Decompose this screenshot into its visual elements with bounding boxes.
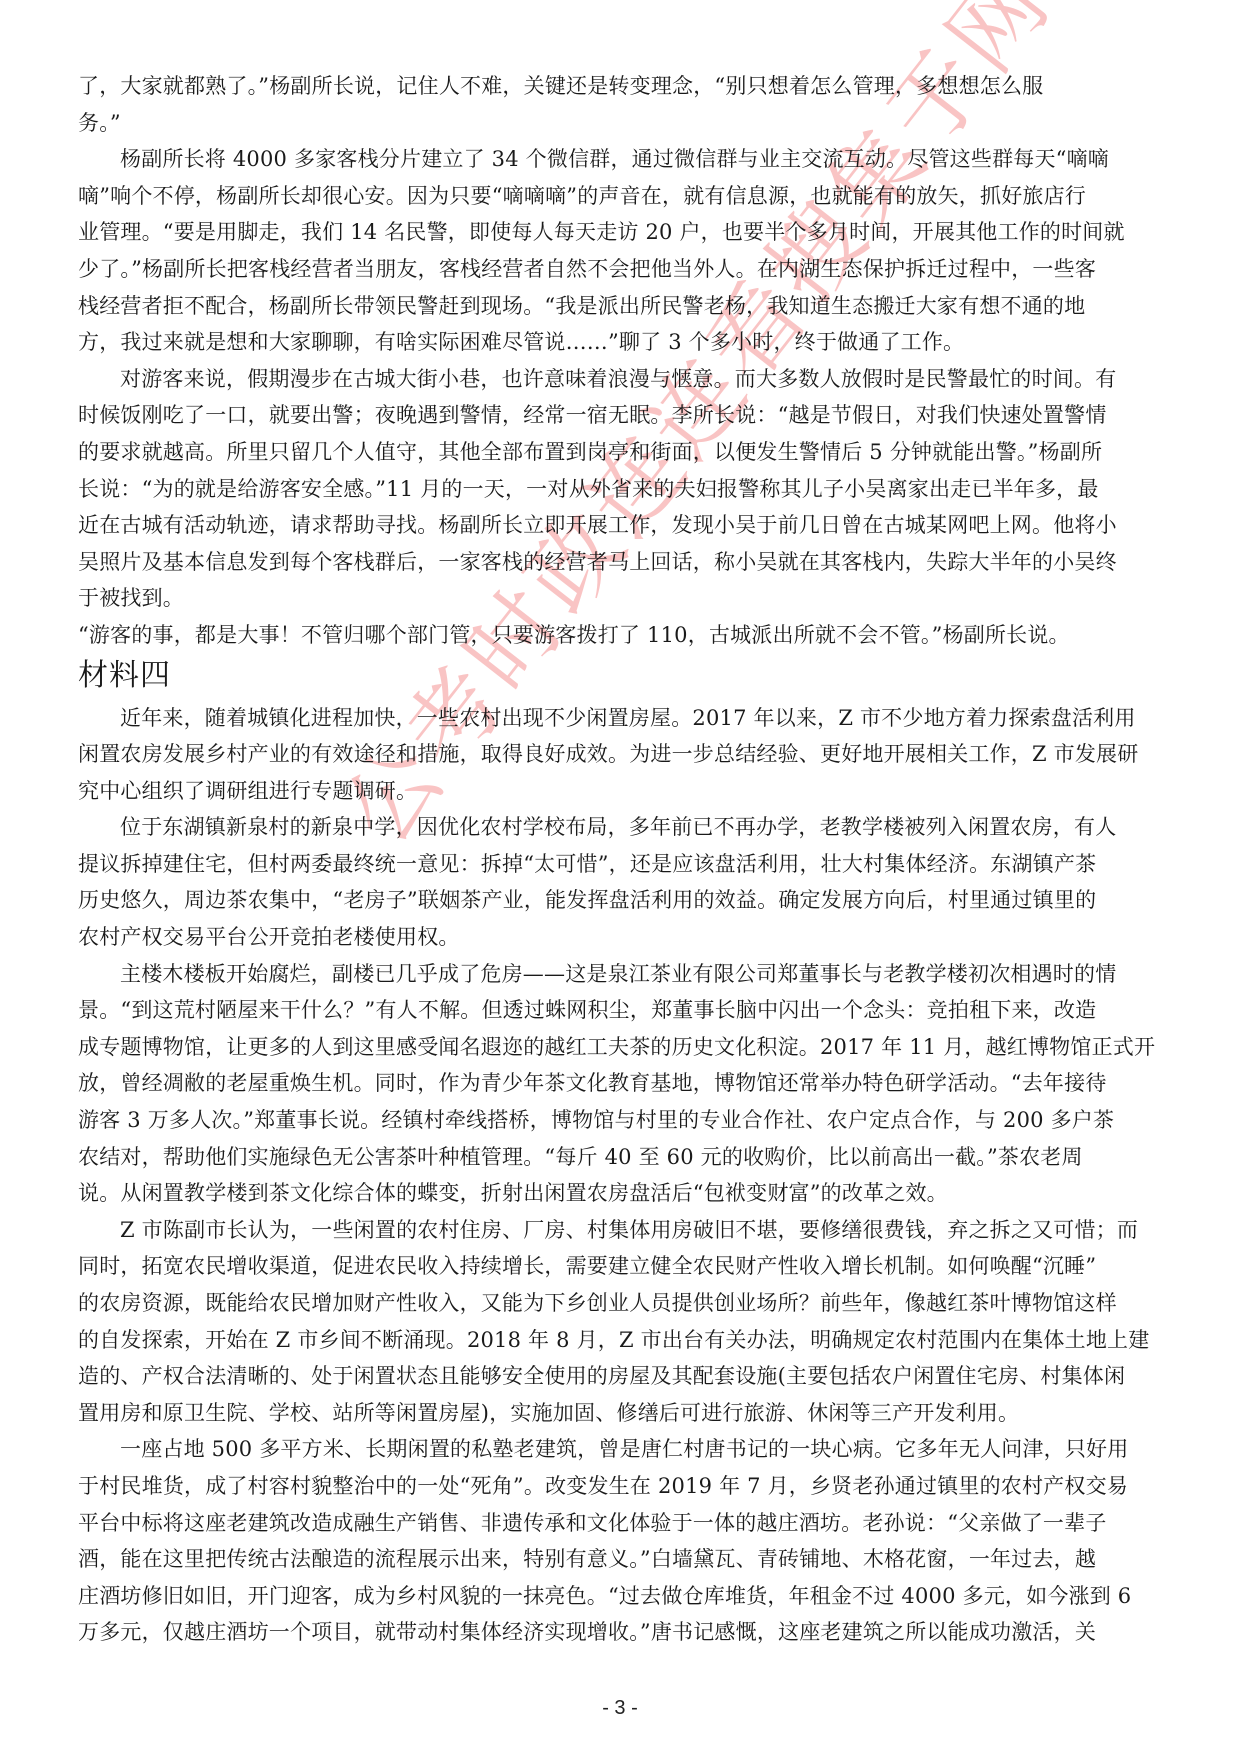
text-line: 提议拆掉建住宅，但村两委最终统一意见：拆掉“太可惜”，还是应该盘活利用，壮大村集…: [78, 846, 1168, 883]
text-line: 究中心组织了调研组进行专题调研。: [78, 773, 1168, 810]
material-three-continued: 了，大家就都熟了。”杨副所长说，记住人不难，关键还是转变理念，“别只想着怎么管理…: [78, 68, 1168, 654]
text-line: 游客 3 万多人次。”郑董事长说。经镇村牵线搭桥，博物馆与村里的专业合作社、农户…: [78, 1102, 1168, 1139]
text-line: 农结对，帮助他们实施绿色无公害茶叶种植管理。“每斤 40 至 60 元的收购价，…: [78, 1139, 1168, 1176]
text-line: 同时，拓宽农民增收渠道，促进农民收入持续增长，需要建立健全农民财产性收入增长机制…: [78, 1248, 1168, 1285]
text-line: 的农房资源，既能给农民增加财产性收入，又能为下乡创业人员提供创业场所？前些年，像…: [78, 1285, 1168, 1322]
text-line: 历史悠久，周边茶农集中，“老房子”联姻茶产业，能发挥盘活利用的效益。确定发展方向…: [78, 882, 1168, 919]
text-line: 少了。”杨副所长把客栈经营者当朋友，客栈经营者自然不会把他当外人。在内湖生态保护…: [78, 251, 1168, 288]
text-line: 造的、产权合法清晰的、处于闲置状态且能够安全使用的房屋及其配套设施(主要包括农户…: [78, 1358, 1168, 1395]
text-line: 成专题博物馆，让更多的人到这里感受闻名遐迩的越红工夫茶的历史文化积淀。2017 …: [78, 1029, 1168, 1066]
text-line: 时候饭刚吃了一口，就要出警；夜晚遇到警情，经常一宿无眠。李所长说：“越是节假日，…: [78, 397, 1168, 434]
text-line: 放，曾经凋敝的老屋重焕生机。同时，作为青少年茶文化教育基地，博物馆还常举办特色研…: [78, 1065, 1168, 1102]
document-body: 了，大家就都熟了。”杨副所长说，记住人不难，关键还是转变理念，“别只想着怎么管理…: [78, 68, 1168, 1651]
text-line: 方，我过来就是想和大家聊聊，有啥实际困难尽管说……”聊了 3 个多小时，终于做通…: [78, 324, 1168, 361]
text-line: 务。”: [78, 105, 1168, 142]
text-line: 了，大家就都熟了。”杨副所长说，记住人不难，关键还是转变理念，“别只想着怎么管理…: [78, 68, 1168, 105]
text-line: 业管理。“要是用脚走，我们 14 名民警，即使每人每天走访 20 户，也要半个多…: [78, 214, 1168, 251]
text-line: 长说：“为的就是给游客安全感。”11 月的一天，一对从外省来的夫妇报警称其儿子小…: [78, 471, 1168, 508]
text-line: 栈经营者拒不配合，杨副所长带领民警赶到现场。“我是派出所民警老杨，我知道生态搬迁…: [78, 288, 1168, 325]
document-page: 公考时政连连看搜集于网络 了，大家就都熟了。”杨副所长说，记住人不难，关键还是转…: [0, 0, 1240, 1754]
text-line: 吴照片及基本信息发到每个客栈群后，一家客栈的经营者马上回话，称小吴就在其客栈内，…: [78, 544, 1168, 581]
text-line: 一座占地 500 多平方米、长期闲置的私塾老建筑，曾是唐仁村唐书记的一块心病。它…: [78, 1431, 1168, 1468]
text-line: 闲置农房发展乡村产业的有效途径和措施，取得良好成效。为进一步总结经验、更好地开展…: [78, 736, 1168, 773]
text-line: 说。从闲置教学楼到茶文化综合体的蝶变，折射出闲置农房盘活后“包袱变财富”的改革之…: [78, 1175, 1168, 1212]
text-line: 近年来，随着城镇化进程加快，一些农村出现不少闲置房屋。2017 年以来，Z 市不…: [78, 700, 1168, 737]
text-line: 杨副所长将 4000 多家客栈分片建立了 34 个微信群，通过微信群与业主交流互…: [78, 141, 1168, 178]
text-line: 于村民堆货，成了村容村貌整治中的一处“死角”。改变发生在 2019 年 7 月，…: [78, 1468, 1168, 1505]
text-line: 对游客来说，假期漫步在古城大街小巷，也许意味着浪漫与惬意。而大多数人放假时是民警…: [78, 361, 1168, 398]
section-heading: 材料四: [78, 654, 1168, 698]
text-line: Z 市陈副市长认为，一些闲置的农村住房、厂房、村集体用房破旧不堪，要修缮很费钱，…: [78, 1212, 1168, 1249]
text-line: 于被找到。: [78, 580, 1168, 617]
text-line: “游客的事，都是大事！不管归哪个部门管，只要游客拨打了 110，古城派出所就不会…: [78, 617, 1168, 654]
page-number: - 3 -: [0, 1697, 1240, 1720]
text-line: 万多元，仅越庄酒坊一个项目，就带动村集体经济实现增收。”唐书记感慨，这座老建筑之…: [78, 1614, 1168, 1651]
text-line: 嘀”响个不停，杨副所长却很心安。因为只要“嘀嘀嘀”的声音在，就有信息源，也就能有…: [78, 178, 1168, 215]
text-line: 庄酒坊修旧如旧，开门迎客，成为乡村风貌的一抹亮色。“过去做仓库堆货，年租金不过 …: [78, 1578, 1168, 1615]
text-line: 平台中标将这座老建筑改造成融生产销售、非遗传承和文化体验于一体的越庄酒坊。老孙说…: [78, 1505, 1168, 1542]
text-line: 的自发探索，开始在 Z 市乡间不断涌现。2018 年 8 月，Z 市出台有关办法…: [78, 1322, 1168, 1359]
text-line: 景。“到这荒村陋屋来干什么？”有人不解。但透过蛛网积尘，郑董事长脑中闪出一个念头…: [78, 992, 1168, 1029]
text-line: 农村产权交易平台公开竞拍老楼使用权。: [78, 919, 1168, 956]
text-line: 近在古城有活动轨迹，请求帮助寻找。杨副所长立即开展工作，发现小吴于前几日曾在古城…: [78, 507, 1168, 544]
text-line: 的要求就越高。所里只留几个人值守，其他全部布置到岗亭和街面，以便发生警情后 5 …: [78, 434, 1168, 471]
text-line: 置用房和原卫生院、学校、站所等闲置房屋)，实施加固、修缮后可进行旅游、休闲等三产…: [78, 1395, 1168, 1432]
text-line: 位于东湖镇新泉村的新泉中学，因优化农村学校布局，多年前已不再办学，老教学楼被列入…: [78, 809, 1168, 846]
text-line: 主楼木楼板开始腐烂，副楼已几乎成了危房——这是泉江茶业有限公司郑董事长与老教学楼…: [78, 956, 1168, 993]
material-four-body: 近年来，随着城镇化进程加快，一些农村出现不少闲置房屋。2017 年以来，Z 市不…: [78, 700, 1168, 1651]
text-line: 酒，能在这里把传统古法酿造的流程展示出来，特别有意义。”白墙黛瓦、青砖铺地、木格…: [78, 1541, 1168, 1578]
